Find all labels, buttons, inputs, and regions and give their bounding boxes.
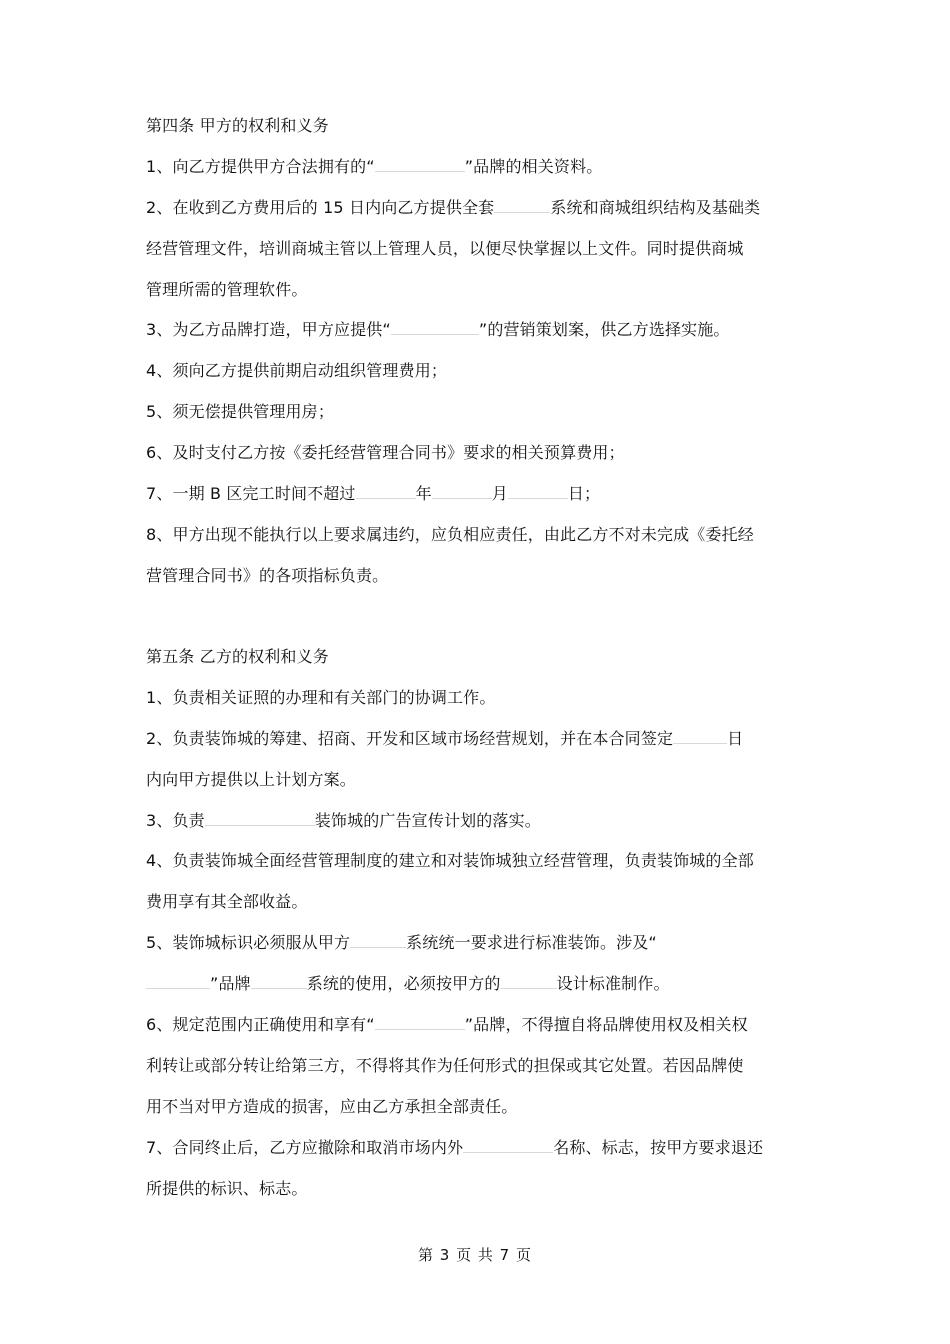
s4-item-1: 1、向乙方提供甲方合法拥有的“”品牌的相关资料。 — [146, 157, 602, 177]
s5-item-7-line2: 所提供的标识、标志。 — [146, 1179, 308, 1199]
text: 7、合同终止后，乙方应撤除和取消市场内外 — [146, 1138, 463, 1157]
text: 2、负责装饰城的筹建、招商、开发和区域市场经营规划，并在本合同签定 — [146, 729, 673, 748]
text: 内向甲方提供以上计划方案。 — [146, 770, 356, 789]
document-page: 第四条 甲方的权利和义务 1、向乙方提供甲方合法拥有的“”品牌的相关资料。 2、… — [0, 0, 950, 1344]
heading-text: 第五条 乙方的权利和义务 — [146, 647, 329, 666]
blank-day[interactable] — [508, 484, 568, 499]
text: 1、向乙方提供甲方合法拥有的“ — [146, 157, 375, 176]
text: ”品牌的相关资料。 — [465, 157, 603, 176]
text: 6、及时支付乙方按《委托经营管理合同书》要求的相关预算费用； — [146, 443, 625, 462]
s4-item-3: 3、为乙方品牌打造，甲方应提供“”的营销策划案，供乙方选择实施。 — [146, 320, 730, 340]
text: 月 — [492, 484, 508, 503]
blank-field[interactable] — [501, 974, 557, 989]
page-number: 第 3 页 共 7 页 — [0, 1246, 950, 1264]
s5-item-4-line2: 费用享有其全部收益。 — [146, 892, 308, 912]
s4-item-2-line3: 管理所需的管理软件。 — [146, 280, 308, 300]
text: 系统统一要求进行标准装饰。涉及“ — [406, 933, 657, 952]
text: 系统的使用，必须按甲方的 — [307, 974, 501, 993]
s4-item-4: 4、须向乙方提供前期启动组织管理费用； — [146, 361, 447, 381]
s4-item-2-line1: 2、在收到乙方费用后的 15 日内向乙方提供全套系统和商城组织结构及基础类 — [146, 198, 760, 218]
s5-item-4-line1: 4、负责装饰城全面经营管理制度的建立和对装饰城独立经营管理，负责装饰城的全部 — [146, 851, 754, 871]
s5-item-2-line1: 2、负责装饰城的筹建、招商、开发和区域市场经营规划，并在本合同签定日 — [146, 729, 743, 749]
s4-item-2-line2: 经营管理文件，培训商城主管以上管理人员，以便尽快掌握以上文件。同时提供商城 — [146, 239, 744, 259]
text: 日 — [727, 729, 743, 748]
s5-item-7-line1: 7、合同终止后，乙方应撤除和取消市场内外名称、标志，按甲方要求退还 — [146, 1138, 763, 1158]
blank-field[interactable] — [375, 157, 465, 172]
section-5-heading: 第五条 乙方的权利和义务 — [146, 647, 329, 667]
text: 所提供的标识、标志。 — [146, 1179, 308, 1198]
s5-item-5-line2: ”品牌系统的使用，必须按甲方的设计标准制作。 — [146, 974, 670, 994]
text: 日； — [568, 484, 600, 503]
s5-item-3: 3、负责装饰城的广告宣传计划的落实。 — [146, 811, 541, 831]
text: 用不当对甲方造成的损害，应由乙方承担全部责任。 — [146, 1097, 517, 1116]
text: 经营管理文件，培训商城主管以上管理人员，以便尽快掌握以上文件。同时提供商城 — [146, 239, 744, 258]
s4-item-5: 5、须无偿提供管理用房； — [146, 402, 334, 422]
s4-item-6: 6、及时支付乙方按《委托经营管理合同书》要求的相关预算费用； — [146, 443, 625, 463]
s5-item-6-line1: 6、规定范围内正确使用和享有“”品牌，不得擅自将品牌使用权及相关权 — [146, 1015, 748, 1035]
text: 设计标准制作。 — [557, 974, 670, 993]
text: 4、须向乙方提供前期启动组织管理费用； — [146, 361, 447, 380]
s5-item-6-line3: 用不当对甲方造成的损害，应由乙方承担全部责任。 — [146, 1097, 517, 1117]
blank-field[interactable] — [463, 1138, 553, 1153]
text: 营管理合同书》的各项指标负责。 — [146, 566, 388, 585]
text: ”品牌，不得擅自将品牌使用权及相关权 — [465, 1015, 748, 1034]
blank-field[interactable] — [251, 974, 307, 989]
s5-item-1: 1、负责相关证照的办理和有关部门的协调工作。 — [146, 688, 495, 708]
heading-text: 第四条 甲方的权利和义务 — [146, 116, 329, 135]
s4-item-7: 7、一期 B 区完工时间不超过年月日； — [146, 484, 600, 504]
text: 3、为乙方品牌打造，甲方应提供“ — [146, 320, 391, 339]
text: 1、负责相关证照的办理和有关部门的协调工作。 — [146, 688, 495, 707]
s5-item-6-line2: 利转让或部分转让给第三方，不得将其作为任何形式的担保或其它处置。若因品牌使 — [146, 1056, 744, 1076]
s4-item-8-line1: 8、甲方出现不能执行以上要求属违约，应负相应责任，由此乙方不对未完成《委托经 — [146, 525, 754, 545]
blank-year[interactable] — [356, 484, 416, 499]
blank-field[interactable] — [494, 198, 550, 213]
text: 6、规定范围内正确使用和享有“ — [146, 1015, 375, 1034]
text: 5、装饰城标识必须服从甲方 — [146, 933, 350, 952]
text: ”品牌 — [210, 974, 251, 993]
text: 利转让或部分转让给第三方，不得将其作为任何形式的担保或其它处置。若因品牌使 — [146, 1056, 744, 1075]
blank-month[interactable] — [432, 484, 492, 499]
blank-field[interactable] — [205, 811, 315, 826]
text: 3、负责 — [146, 811, 205, 830]
blank-field[interactable] — [391, 320, 479, 335]
text: 8、甲方出现不能执行以上要求属违约，应负相应责任，由此乙方不对未完成《委托经 — [146, 525, 754, 544]
s4-item-8-line2: 营管理合同书》的各项指标负责。 — [146, 566, 388, 586]
s5-item-5-line1: 5、装饰城标识必须服从甲方系统统一要求进行标准装饰。涉及“ — [146, 933, 657, 953]
text: 管理所需的管理软件。 — [146, 280, 308, 299]
section-4-heading: 第四条 甲方的权利和义务 — [146, 116, 329, 136]
blank-field[interactable] — [673, 729, 727, 744]
blank-field[interactable] — [146, 974, 210, 989]
text: 年 — [416, 484, 432, 503]
s5-item-2-line2: 内向甲方提供以上计划方案。 — [146, 770, 356, 790]
text: 系统和商城组织结构及基础类 — [550, 198, 760, 217]
text: 5、须无偿提供管理用房； — [146, 402, 334, 421]
text: 4、负责装饰城全面经营管理制度的建立和对装饰城独立经营管理，负责装饰城的全部 — [146, 851, 754, 870]
text: 名称、标志，按甲方要求退还 — [553, 1138, 763, 1157]
text: 装饰城的广告宣传计划的落实。 — [315, 811, 541, 830]
blank-field[interactable] — [375, 1015, 465, 1030]
text: 7、一期 B 区完工时间不超过 — [146, 484, 356, 503]
blank-field[interactable] — [350, 933, 406, 948]
text: 2、在收到乙方费用后的 15 日内向乙方提供全套 — [146, 198, 494, 217]
text: 费用享有其全部收益。 — [146, 892, 308, 911]
text: ”的营销策划案，供乙方选择实施。 — [479, 320, 730, 339]
